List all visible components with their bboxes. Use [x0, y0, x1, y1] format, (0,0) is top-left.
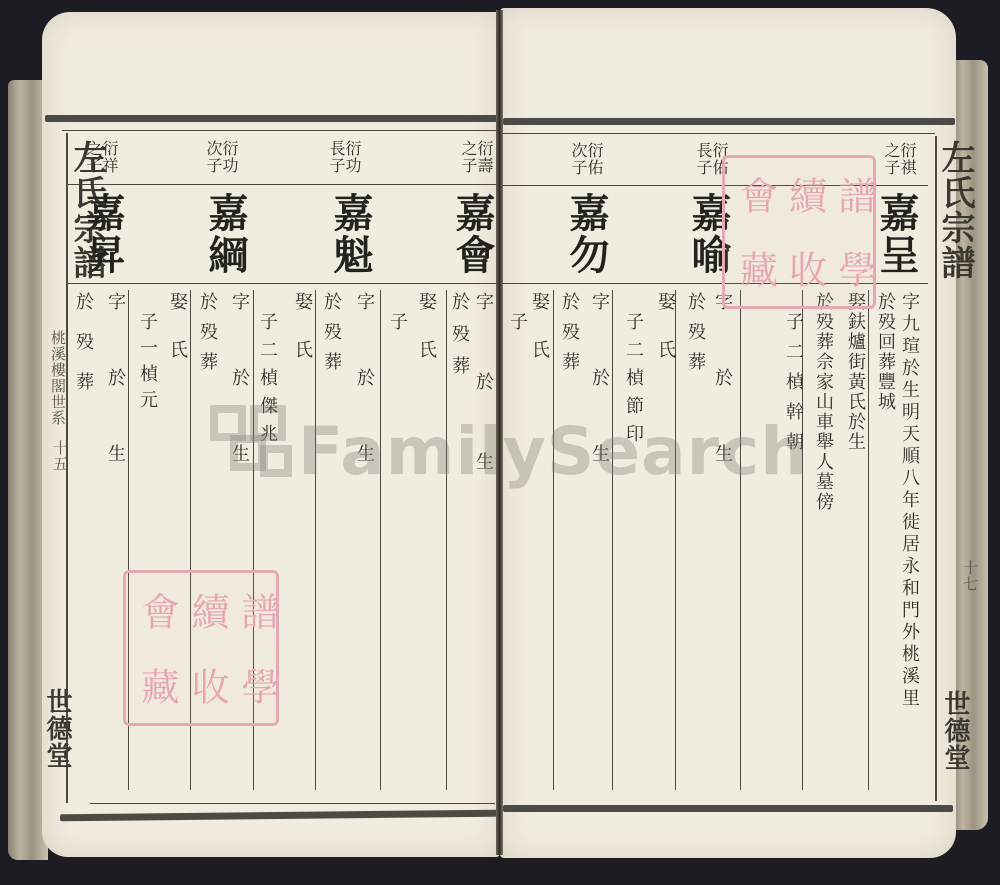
seal-char: 會 [126, 592, 176, 630]
column-line [446, 290, 447, 790]
seal-char: 藏 [725, 250, 774, 288]
column-line [553, 290, 554, 790]
entry-text: 於殁回葬豐城 [876, 292, 894, 412]
person-name: 嘉會 [452, 192, 492, 276]
parent-label: 衍壽之子 [450, 140, 492, 180]
person-name: 嘉呈 [876, 192, 916, 276]
library-seal-stamp: 會 續 譜 藏 收 學 [123, 570, 279, 726]
entry-text: 於殁葬佘家山車舉人墓傍 [814, 292, 832, 512]
hall-name-left: 世德堂 [44, 688, 70, 769]
entry-text: 於殁葬 [450, 292, 468, 388]
bottom-inner-rule-left [90, 803, 495, 804]
entry-text: 於殁葬 [560, 292, 578, 382]
top-border-right [503, 118, 955, 125]
seal-char: 收 [774, 250, 823, 288]
top-inner-rule-right [503, 133, 935, 134]
entry-text: 於殁葬 [74, 292, 92, 412]
entry-text: 娶鈇爐街黃氏於生 [846, 292, 864, 452]
familysearch-watermark: FamilySearch [210, 405, 808, 497]
entry-text: 字九瑄於生明天順八年徙居永和門外桃溪里 [900, 292, 918, 710]
seal-char: 續 [176, 592, 226, 630]
seal-char: 會 [725, 176, 774, 214]
seal-char: 續 [774, 176, 823, 214]
entry-text: 於殁葬 [322, 292, 340, 382]
seal-char: 藏 [126, 667, 176, 705]
watermark-text: FamilySearch [298, 413, 808, 490]
parent-label: 衍佑次子 [560, 142, 602, 182]
book-gutter [496, 10, 503, 855]
hall-name-right: 世德堂 [942, 690, 968, 771]
parent-label: 衍佑長子 [685, 142, 727, 182]
column-line [868, 290, 869, 790]
seal-char: 收 [176, 667, 226, 705]
entry-text: 娶氏 [293, 292, 311, 388]
person-name: 嘉魁 [330, 192, 370, 276]
bottom-border-right [503, 805, 953, 812]
entry-text: 娶氏 [530, 292, 548, 388]
entry-text: 子一楨元 [138, 312, 156, 416]
entry-text: 娶氏 [656, 292, 674, 388]
parent-label: 衍功長子 [318, 140, 360, 180]
page-number-right: 十七 [962, 560, 977, 592]
entry-text: 子 [508, 312, 526, 336]
entry-text: 娶氏 [417, 292, 435, 388]
seal-char: 譜 [824, 176, 873, 214]
header-rule-left [66, 184, 496, 185]
person-name: 嘉勿 [566, 192, 606, 276]
parent-label: 衍祥之子 [75, 140, 117, 180]
column-line [315, 290, 316, 790]
person-name: 嘉綱 [205, 192, 245, 276]
book-title-right: 左氏宗譜 [938, 140, 972, 280]
library-seal-stamp: 會 續 譜 藏 收 學 [722, 155, 876, 309]
person-name: 嘉昇 [82, 192, 122, 276]
column-line [740, 290, 741, 790]
seal-char: 學 [226, 667, 276, 705]
entry-text: 字於生 [106, 292, 124, 520]
name-rule-left [66, 283, 496, 284]
page-number-left: 十五 [52, 440, 67, 472]
familysearch-tree-icon [210, 405, 290, 497]
seal-char: 譜 [226, 592, 276, 630]
entry-text: 娶氏 [168, 292, 186, 388]
column-line [612, 290, 613, 790]
edge-label-left: 桃溪樓閣世系 [50, 330, 65, 426]
parent-label: 衍功次子 [195, 140, 237, 180]
parent-label: 衍祺之子 [873, 142, 915, 182]
top-inner-rule-left [62, 130, 497, 131]
top-border-left [45, 115, 497, 122]
entry-text: 於殁葬 [686, 292, 704, 382]
seal-char: 學 [824, 250, 873, 288]
column-line [380, 290, 381, 790]
entry-text: 子 [388, 312, 406, 336]
entry-text: 於殁葬 [198, 292, 216, 382]
